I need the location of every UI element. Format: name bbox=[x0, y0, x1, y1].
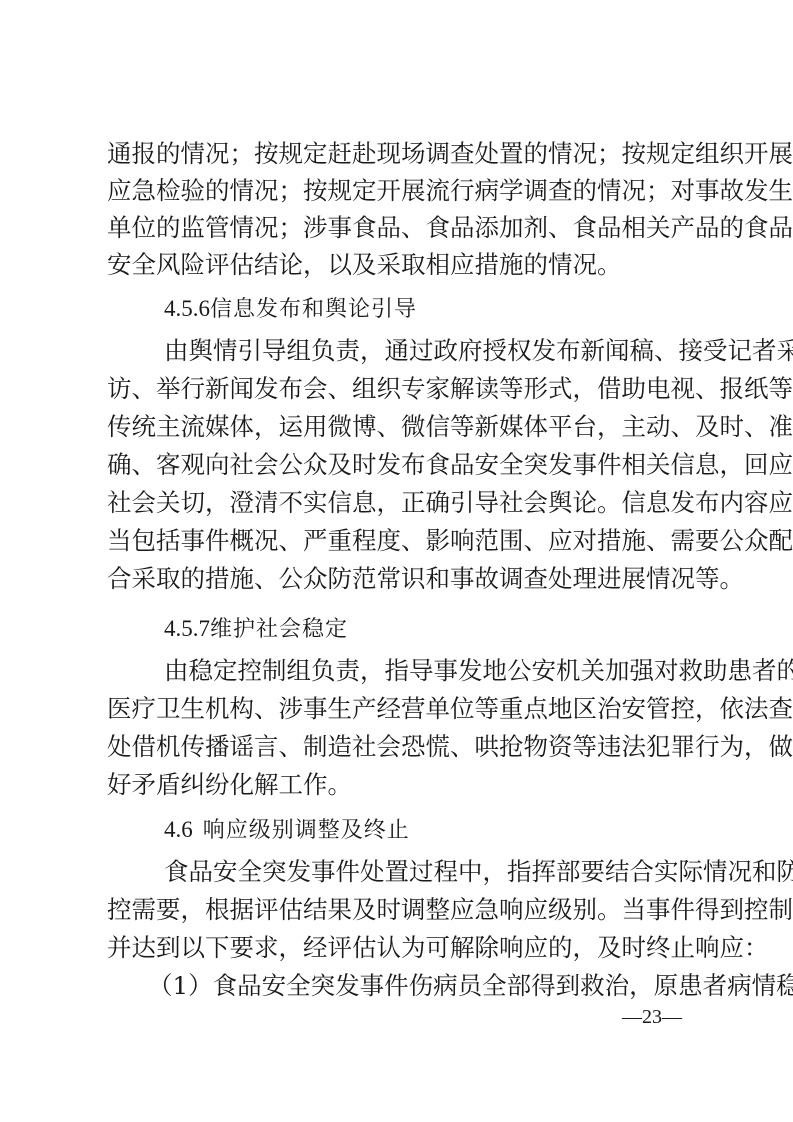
section-title: 信息发布和舆论引导 bbox=[210, 297, 417, 322]
text-line: 控需要，根据评估结果及时调整应急响应级别。当事件得到控制 bbox=[107, 895, 713, 925]
text-line: 由舆情引导组负责，通过政府授权发布新闻稿、接受记者采 bbox=[164, 336, 713, 366]
text-line: 好矛盾纠纷化解工作。 bbox=[107, 770, 713, 800]
text-line: 应急检验的情况；按规定开展流行病学调查的情况；对事故发生 bbox=[107, 176, 713, 206]
text-line: 访、举行新闻发布会、组织专家解读等形式，借助电视、报纸等 bbox=[107, 374, 713, 404]
text-line: 社会关切，澄清不实信息，正确引导社会舆论。信息发布内容应 bbox=[107, 488, 713, 518]
page-number: —23— bbox=[622, 1005, 682, 1029]
text-line: （1）食品安全突发事件伤病员全部得到救治，原患者病情稳 bbox=[148, 971, 713, 1001]
text-line: 合采取的措施、公众防范常识和事故调查处理进展情况等。 bbox=[107, 564, 713, 594]
document-page: 通报的情况；按规定赶赴现场调查处置的情况；按规定组织开展 应急检验的情况；按规定… bbox=[0, 0, 793, 1122]
text-line: 单位的监管情况；涉事食品、食品添加剂、食品相关产品的食品 bbox=[107, 213, 713, 243]
text-line: 当包括事件概况、严重程度、影响范围、应对措施、需要公众配 bbox=[107, 526, 713, 556]
section-heading-4-5-6: 4.5.6信息发布和舆论引导 bbox=[164, 294, 417, 324]
section-title: 响应级别调整及终止 bbox=[203, 818, 410, 843]
section-number: 4.6 bbox=[164, 817, 193, 842]
text-line: 由稳定控制组负责，指导事发地公安机关加强对救助患者的 bbox=[164, 656, 713, 686]
text-line: 传统主流媒体，运用微博、微信等新媒体平台，主动、及时、准 bbox=[107, 412, 713, 442]
text-line: 通报的情况；按规定赶赴现场调查处置的情况；按规定组织开展 bbox=[107, 139, 713, 169]
text-line: 处借机传播谣言、制造社会恐慌、哄抢物资等违法犯罪行为，做 bbox=[107, 732, 713, 762]
section-heading-4-6: 4.6响应级别调整及终止 bbox=[164, 815, 410, 845]
text-line: 并达到以下要求，经评估认为可解除响应的，及时终止响应： bbox=[107, 933, 713, 963]
text-line: 医疗卫生机构、涉事生产经营单位等重点地区治安管控，依法查 bbox=[107, 694, 713, 724]
section-number: 4.5.6 bbox=[164, 296, 210, 321]
section-title: 维护社会稳定 bbox=[210, 617, 348, 642]
section-heading-4-5-7: 4.5.7维护社会稳定 bbox=[164, 614, 348, 644]
text-line: 安全风险评估结论，以及采取相应措施的情况。 bbox=[107, 250, 713, 280]
section-number: 4.5.7 bbox=[164, 616, 210, 641]
text-line: 确、客观向社会公众及时发布食品安全突发事件相关信息，回应 bbox=[107, 450, 713, 480]
text-line: 食品安全突发事件处置过程中，指挥部要结合实际情况和防 bbox=[164, 857, 713, 887]
